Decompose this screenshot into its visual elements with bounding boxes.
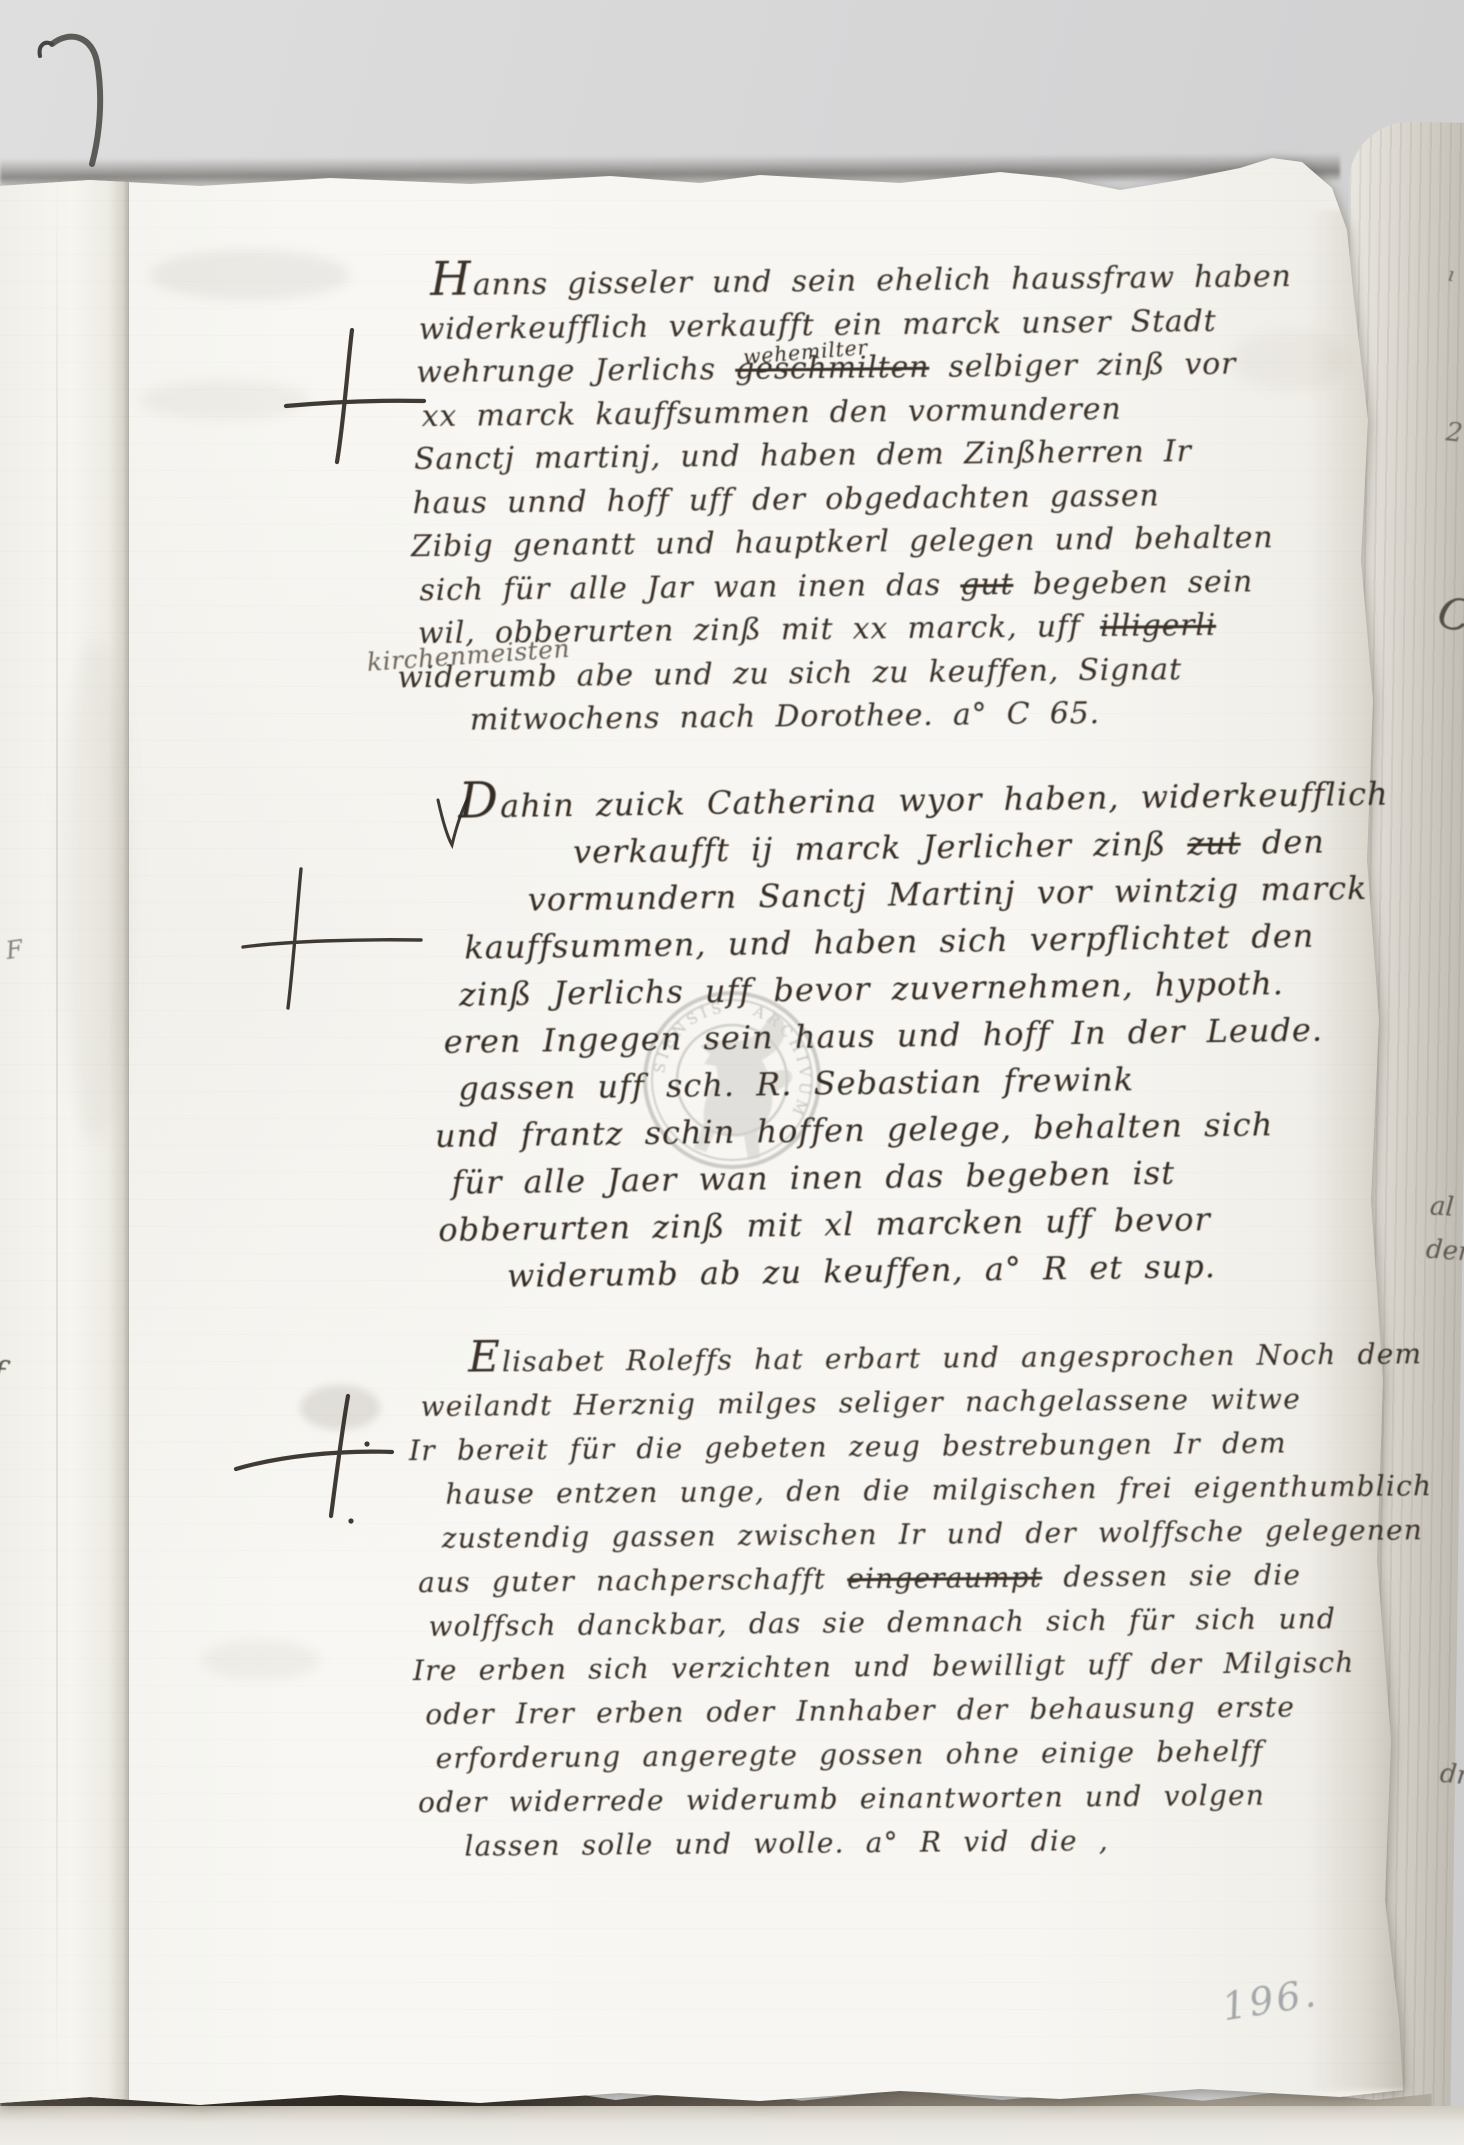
paragraph-2: Dahin zuick Catherina wyor haben, widerk… [430,765,1395,1301]
ink-blot [300,1385,380,1430]
manuscript-line: Elisabet Roleffs hat erbart und angespro… [468,1327,1431,1384]
binding-gutter [0,160,129,2110]
struck-word: eingeraumpt [847,1561,1042,1596]
paper-smudge [140,380,310,420]
manuscript-line: lassen solle und wolle. a° R vid die , [464,1816,1435,1868]
paragraph-1: Hanns gisseler und sein ehelich haussfra… [430,249,1296,742]
paragraph-3: Elisabet Roleffs hat erbart und angespro… [420,1327,1435,1869]
edge-ink-fragment: dr [1439,1759,1464,1792]
manuscript-line: wehrunge Jerlichs geschmiltenwehemilter … [416,342,1293,395]
manuscript-line: mitwochens nach Dorothee. a° C 65. [470,690,1297,742]
paper-smudge [60,640,130,1140]
struck-word: illigerli [1100,608,1216,644]
manuscript-line: oder Irer erben oder Innhaber der behaus… [425,1684,1434,1737]
edge-pencil-fragment: F [4,935,24,965]
struck-word: zut [1187,824,1241,863]
fold-crease [56,170,58,2100]
scanned-manuscript: { "document": { "kind": "early-modern Ge… [0,0,1464,2145]
paper-smudge [150,250,350,300]
edge-ink-fragment: der [1425,1234,1464,1267]
paper-smudge [200,1640,320,1680]
edge-ink-fragment: al [1429,1191,1455,1223]
edge-ink-fragment: 2 [1444,417,1464,449]
struck-word: gut [960,566,1013,602]
manuscript-line: Hanns gisseler und sein ehelich haussfra… [430,249,1292,308]
manuscript-line: Sanctj martinj, und haben dem Zinßherren… [414,429,1294,482]
